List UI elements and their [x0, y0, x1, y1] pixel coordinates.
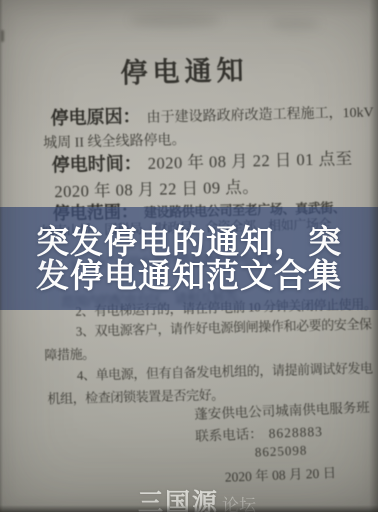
phone-number-2: 8625098	[255, 442, 308, 460]
phone-number-1: 8628883	[268, 424, 323, 442]
photo-smudge	[130, 12, 220, 28]
photo-smudge	[270, 18, 320, 30]
signature-org: 蓬安供电公司城南供电服务班	[194, 396, 370, 423]
phone-row: 联系电话： 8628883	[195, 420, 323, 445]
photo-edge-shadow-bottom	[0, 505, 378, 512]
phone-label: 联系电话：	[195, 422, 263, 445]
notice-photo-thumbnail: 停电通知 停电原因： 由于建设路政府改造工程施工，10kV 城周 II 线全线路…	[0, 0, 378, 512]
photo-edge-shadow-left	[0, 0, 3, 512]
caption-overlay-band: 突发停电的通知，突 发停电通知范文合集	[0, 207, 378, 310]
caption-line-2: 发停电通知范文合集	[36, 259, 342, 293]
caption-line-1: 突发停电的通知，突	[36, 225, 342, 259]
photo-edge-shadow-right	[369, 0, 378, 512]
